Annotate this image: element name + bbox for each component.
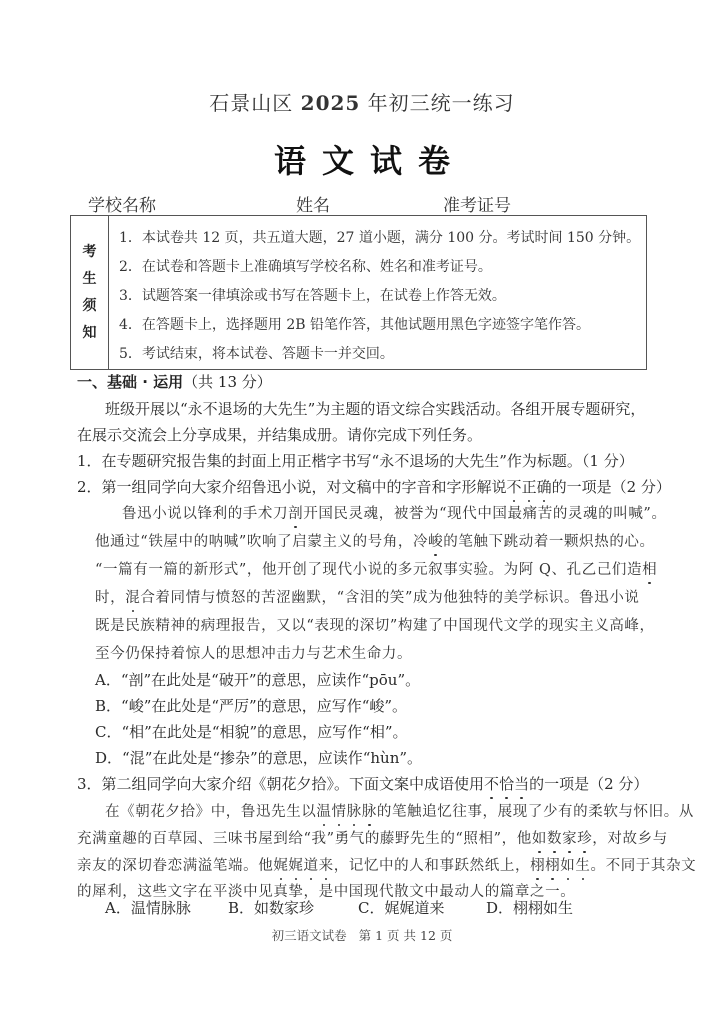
passage-line: 时，混合着同情与愤怒的苦涩幽默，“含泪的笑”成为他独特的美学标识。鲁迅小说: [95, 586, 665, 607]
question-3-stem: 3．第二组同学向大家介绍《朝花夕拾》。下面文案中成语使用不恰当的一项是（2 分）: [77, 773, 647, 794]
emphasis-char: 如: [560, 854, 575, 875]
emphasis-char: 混: [125, 586, 140, 607]
emphasis-char: 正: [522, 476, 537, 497]
emphasis-char: 来: [319, 854, 334, 875]
emphasis-char: 珍: [577, 827, 592, 848]
exam-notice-box: 考 生 须 知 1．本试卷共 12 页，共五道大题，27 道小题，满分 100 …: [70, 215, 647, 370]
subtitle-district: 石景山区: [209, 91, 300, 115]
passage-text: 。不同于其杂文: [591, 858, 697, 874]
passage-text: 开国民灵魂，被誉为“现代中国最痛苦的灵魂的叫喊”。: [303, 506, 666, 522]
emphasis-char: 剖: [288, 502, 303, 523]
stem-text: 2．第一组同学向大家介绍鲁迅小说，对文稿中的字音和字形解说: [77, 478, 507, 496]
notice-label: 考 生 须 知: [71, 216, 109, 369]
passage-line: 在《朝花夕拾》中，鲁迅先生以温情脉脉的笔触追忆往事，展现了少有的柔软与怀旧。从: [105, 800, 675, 821]
option-c: C．娓娓道来: [358, 897, 486, 918]
option-a: A．温情脉脉: [105, 897, 228, 918]
passage-text: 时，: [95, 590, 125, 606]
emphasis-char: 峻: [428, 530, 443, 551]
emphasis-char: 不: [507, 476, 522, 497]
emphasis-char: 生: [575, 854, 590, 875]
notice-label-char: 考: [83, 239, 97, 266]
notice-item: 5．考试结束，将本试卷、答题卡一并交回。: [119, 340, 646, 369]
exam-page: 石景山区 2025 年初三统一练习 语文试卷 学校名称 姓名 准考证号 考 生 …: [0, 0, 724, 1024]
passage-text: ，记忆中的人和事跃然纸上，: [334, 858, 530, 874]
passage-line: 既是民族精神的病理报告，又以“表现的深切”构建了中国现代文学的现实主义高峰，: [95, 614, 665, 635]
school-name-field[interactable]: [156, 197, 296, 216]
notice-label-char: 生: [83, 266, 97, 293]
subtitle-year: 2025: [301, 91, 361, 115]
passage-line: 鲁迅小说以锋利的手术刀剖开国民灵魂，被誉为“现代中国最痛苦的灵魂的叫喊”。: [122, 502, 692, 523]
option-b: B．如数家珍: [228, 897, 358, 918]
stem-text: 的一项是（2 分）: [529, 775, 648, 793]
option-d: D．“混”在此处是“掺杂”的意思，应读作“hùn”。: [95, 747, 665, 768]
passage-line: 至今仍保持着惊人的思想冲击力与艺术生命力。: [95, 642, 665, 663]
option-b: B．“峻”在此处是“严厉”的意思，应写作“峻”。: [95, 695, 665, 716]
notice-item: 3．试题答案一律填涂或书写在答题卡上，在试卷上作答无效。: [119, 282, 646, 311]
emphasis-char: 栩: [545, 854, 560, 875]
passage-text: 在《朝花夕拾》中，鲁迅先生以: [105, 804, 316, 820]
passage-text: 的笔触下跳动着一颗炽热的心。: [443, 534, 654, 550]
emphasis-char: 不: [484, 773, 499, 794]
passage-line: 充满童趣的百草园、三味书屋到给“我”勇气的藤野先生的“照相”，他如数家珍，对故乡…: [77, 827, 647, 848]
notice-item: 2．在试卷和答题卡上准确填写学校名称、姓名和准考证号。: [119, 253, 646, 282]
notice-item: 4．在答题卡上，选择题用 2B 铅笔作答，其他试题用黑色字迹签字笔作答。: [119, 311, 646, 340]
notice-item: 1．本试卷共 12 页，共五道大题，27 道小题，满分 100 分。考试时间 1…: [119, 224, 646, 253]
section-points: （共 13 分）: [183, 373, 272, 391]
passage-text: 他通过“铁屋中的呐喊”吹响了启蒙主义的号角，冷: [95, 534, 428, 550]
emphasis-char: 栩: [530, 854, 545, 875]
emphasis-char: 情: [332, 800, 347, 821]
emphasis-char: 娓: [288, 854, 303, 875]
student-name-field[interactable]: [330, 197, 443, 216]
passage-text: 亲友的深切眷恋满溢笔端。他: [77, 858, 273, 874]
emphasis-char: 脉: [347, 800, 362, 821]
emphasis-char: 温: [316, 800, 331, 821]
section-heading: 一、基础 · 运用（共 13 分）: [77, 371, 272, 392]
passage-text: 鲁迅小说以锋利的手术刀: [122, 506, 288, 522]
page-footer: 初三语文试卷第 1 页 共 12 页: [0, 926, 724, 944]
passage-line: “一篇有一篇的新形式”，他开创了现代小说的多元叙事实验。为阿 Q、孔乙己们造相: [95, 558, 665, 579]
student-name-label: 姓名: [296, 191, 330, 216]
emphasis-char: 道: [304, 854, 319, 875]
option-d: D．栩栩如生: [486, 897, 573, 918]
passage-text: ，对故乡与: [592, 831, 668, 847]
stem-text: 的一项是（2 分）: [552, 478, 671, 496]
passage-line: 他通过“铁屋中的呐喊”吹响了启蒙主义的号角，冷峻的笔触下跳动着一颗炽热的心。: [95, 530, 665, 551]
passage-text: 充满童趣的百草园、三味书屋到给“我”勇气的藤野先生的“照相”，他: [77, 831, 532, 847]
notice-label-char: 须: [83, 293, 97, 320]
section-intro-line: 班级开展以“永不退场的大先生”为主题的语文综合实践活动。各组开展专题研究，: [105, 398, 675, 419]
stem-text: 3．第二组同学向大家介绍《朝花夕拾》。下面文案中成语使用: [77, 775, 484, 793]
emphasis-char: 脉: [362, 800, 377, 821]
option-a: A．“剖”在此处是“破开”的意思，应读作“pōu”。: [95, 669, 665, 690]
exam-id-label: 准考证号: [443, 191, 511, 216]
exam-id-field[interactable]: [511, 197, 626, 216]
emphasis-char: 家: [562, 827, 577, 848]
exam-subtitle: 石景山区 2025 年初三统一练习: [0, 87, 724, 116]
passage-line: 亲友的深切眷恋满溢笔端。他娓娓道来，记忆中的人和事跃然纸上，栩栩如生。不同于其杂…: [77, 854, 647, 875]
emphasis-char: 确: [537, 476, 552, 497]
passage-text: 的笔触追忆往事，展现了少有的柔软与怀旧。从: [377, 804, 694, 820]
emphasis-char: 如: [532, 827, 547, 848]
subtitle-exam-name: 年初三统一练习: [360, 91, 514, 115]
school-name-label: 学校名称: [88, 191, 156, 216]
notice-label-char: 知: [83, 320, 97, 347]
page-number: 第 1 页 共 12 页: [359, 928, 453, 943]
option-c: C．“相”在此处是“相貌”的意思，应写作“相”。: [95, 721, 665, 742]
question-3-options: A．温情脉脉 B．如数家珍 C．娓娓道来 D．栩栩如生: [105, 897, 573, 918]
emphasis-char: 相: [642, 558, 657, 579]
emphasis-char: 当: [514, 773, 529, 794]
question-1: 1．在专题研究报告集的封面上用正楷字书写“永不退场的大先生”作为标题。（1 分）: [77, 450, 647, 471]
notice-list: 1．本试卷共 12 页，共五道大题，27 道小题，满分 100 分。考试时间 1…: [109, 216, 646, 369]
passage-text: “一篇有一篇的新形式”，他开创了现代小说的多元叙事实验。为阿 Q、孔乙己们造: [95, 562, 642, 578]
footer-doc-name: 初三语文试卷: [272, 928, 347, 943]
emphasis-char: 娓: [273, 854, 288, 875]
question-2-stem: 2．第一组同学向大家介绍鲁迅小说，对文稿中的字音和字形解说不正确的一项是（2 分…: [77, 476, 647, 497]
emphasis-char: 恰: [499, 773, 514, 794]
student-info-line: 学校名称 姓名 准考证号: [88, 191, 648, 216]
page-title: 语文试卷: [0, 136, 724, 182]
passage-text: 合着同情与愤怒的苦涩幽默，“含泪的笑”成为他独特的美学标识。鲁迅小说: [140, 590, 639, 606]
section-title: 一、基础 · 运用: [77, 373, 183, 391]
section-intro-line: 在展示交流会上分享成果，并结集成册。请你完成下列任务。: [77, 424, 647, 445]
emphasis-char: 数: [547, 827, 562, 848]
